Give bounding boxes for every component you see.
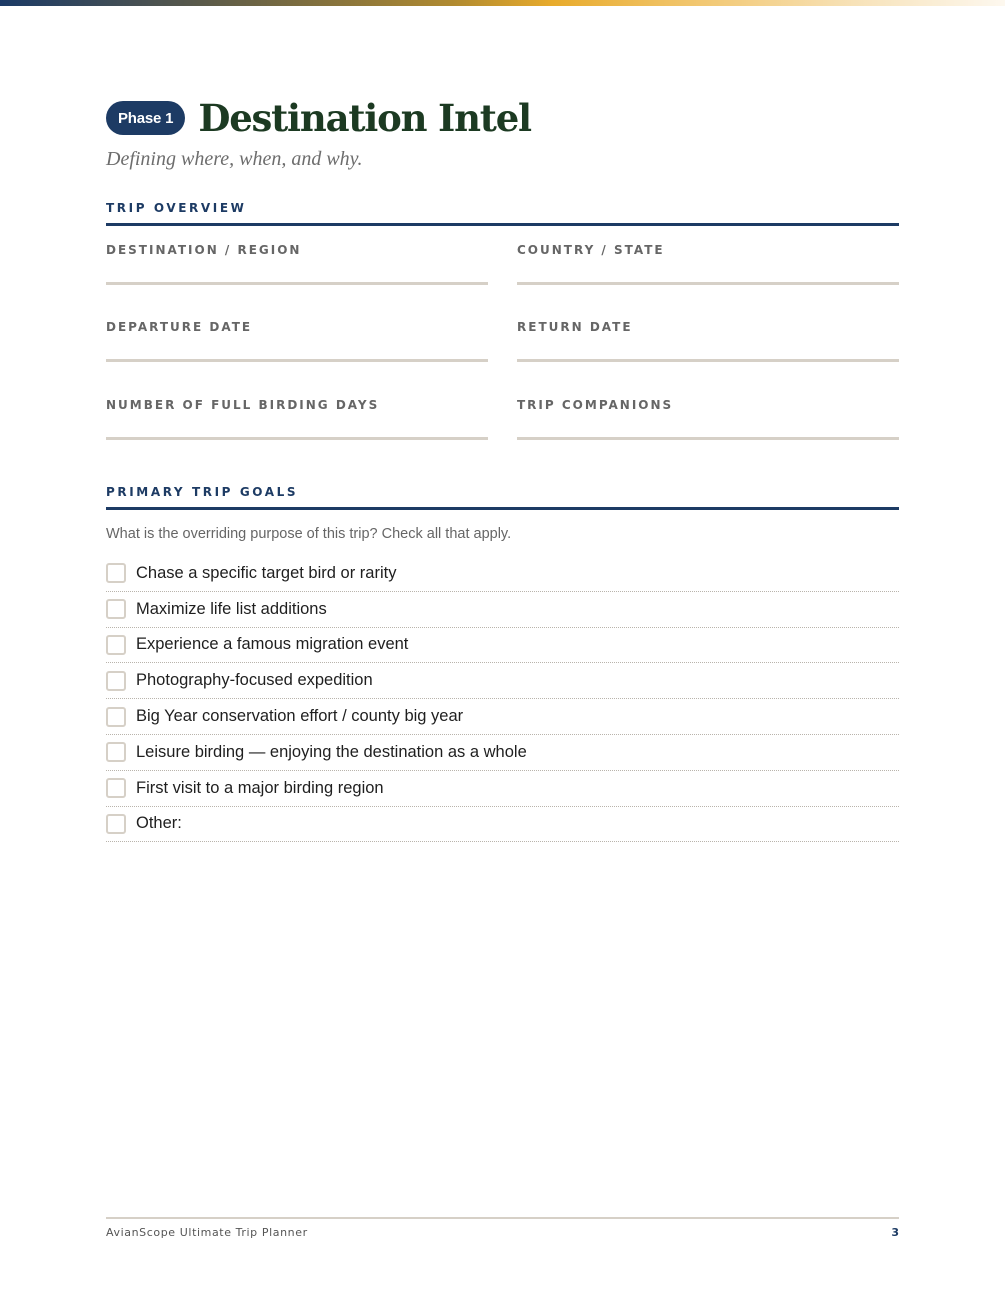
write-in-line[interactable] bbox=[517, 359, 899, 362]
write-in-line[interactable] bbox=[106, 282, 488, 285]
checkbox-icon[interactable] bbox=[106, 671, 126, 691]
checkbox-icon[interactable] bbox=[106, 814, 126, 834]
goal-option[interactable]: Leisure birding — enjoying the destinati… bbox=[106, 735, 899, 771]
field-label: COUNTRY / STATE bbox=[517, 243, 899, 257]
checkbox-icon[interactable] bbox=[106, 778, 126, 798]
write-in-line[interactable] bbox=[106, 359, 488, 362]
goal-label: First visit to a major birding region bbox=[136, 779, 384, 798]
goal-option[interactable]: Experience a famous migration event bbox=[106, 628, 899, 664]
field-label: RETURN DATE bbox=[517, 320, 899, 334]
write-in-line[interactable] bbox=[517, 437, 899, 440]
field-trip-companions[interactable]: TRIP COMPANIONS bbox=[517, 398, 899, 412]
checkbox-icon[interactable] bbox=[106, 599, 126, 619]
write-in-line[interactable] bbox=[517, 282, 899, 285]
top-gradient-bar bbox=[0, 0, 1005, 6]
checkbox-icon[interactable] bbox=[106, 742, 126, 762]
goal-option[interactable]: Chase a specific target bird or rarity bbox=[106, 556, 899, 592]
goal-option[interactable]: Photography-focused expedition bbox=[106, 663, 899, 699]
checkbox-icon[interactable] bbox=[106, 635, 126, 655]
write-in-line[interactable] bbox=[106, 437, 488, 440]
field-return-date[interactable]: RETURN DATE bbox=[517, 320, 899, 334]
page-title: Destination Intel bbox=[198, 96, 531, 140]
goal-option-other[interactable]: Other: bbox=[106, 807, 899, 843]
field-destination-region[interactable]: DESTINATION / REGION bbox=[106, 243, 488, 257]
goal-label: Leisure birding — enjoying the destinati… bbox=[136, 743, 527, 762]
page-header: Phase 1 Destination Intel bbox=[106, 96, 531, 140]
goal-label: Other: bbox=[136, 814, 182, 833]
goals-checklist: Chase a specific target bird or rarity M… bbox=[106, 556, 899, 842]
field-label: NUMBER OF FULL BIRDING DAYS bbox=[106, 398, 488, 412]
field-departure-date[interactable]: DEPARTURE DATE bbox=[106, 320, 488, 334]
section-heading-trip-overview: TRIP OVERVIEW bbox=[106, 201, 899, 226]
goal-label: Photography-focused expedition bbox=[136, 671, 373, 690]
field-full-birding-days[interactable]: NUMBER OF FULL BIRDING DAYS bbox=[106, 398, 488, 412]
goal-label: Maximize life list additions bbox=[136, 600, 327, 619]
field-country-state[interactable]: COUNTRY / STATE bbox=[517, 243, 899, 257]
footer-publication-title: AvianScope Ultimate Trip Planner bbox=[106, 1226, 308, 1239]
goal-label: Experience a famous migration event bbox=[136, 635, 408, 654]
footer-page-number: 3 bbox=[891, 1226, 899, 1239]
goal-label: Big Year conservation effort / county bi… bbox=[136, 707, 463, 726]
field-label: DEPARTURE DATE bbox=[106, 320, 488, 334]
goals-intro-text: What is the overriding purpose of this t… bbox=[106, 526, 511, 542]
goal-option[interactable]: Maximize life list additions bbox=[106, 592, 899, 628]
page-subtitle: Defining where, when, and why. bbox=[106, 148, 362, 171]
checkbox-icon[interactable] bbox=[106, 707, 126, 727]
section-heading-primary-trip-goals: PRIMARY TRIP GOALS bbox=[106, 485, 899, 510]
goal-option[interactable]: Big Year conservation effort / county bi… bbox=[106, 699, 899, 735]
field-label: TRIP COMPANIONS bbox=[517, 398, 899, 412]
checkbox-icon[interactable] bbox=[106, 563, 126, 583]
goal-option[interactable]: First visit to a major birding region bbox=[106, 771, 899, 807]
goal-label: Chase a specific target bird or rarity bbox=[136, 564, 396, 583]
field-label: DESTINATION / REGION bbox=[106, 243, 488, 257]
phase-badge: Phase 1 bbox=[106, 101, 185, 135]
footer-divider bbox=[106, 1217, 899, 1219]
